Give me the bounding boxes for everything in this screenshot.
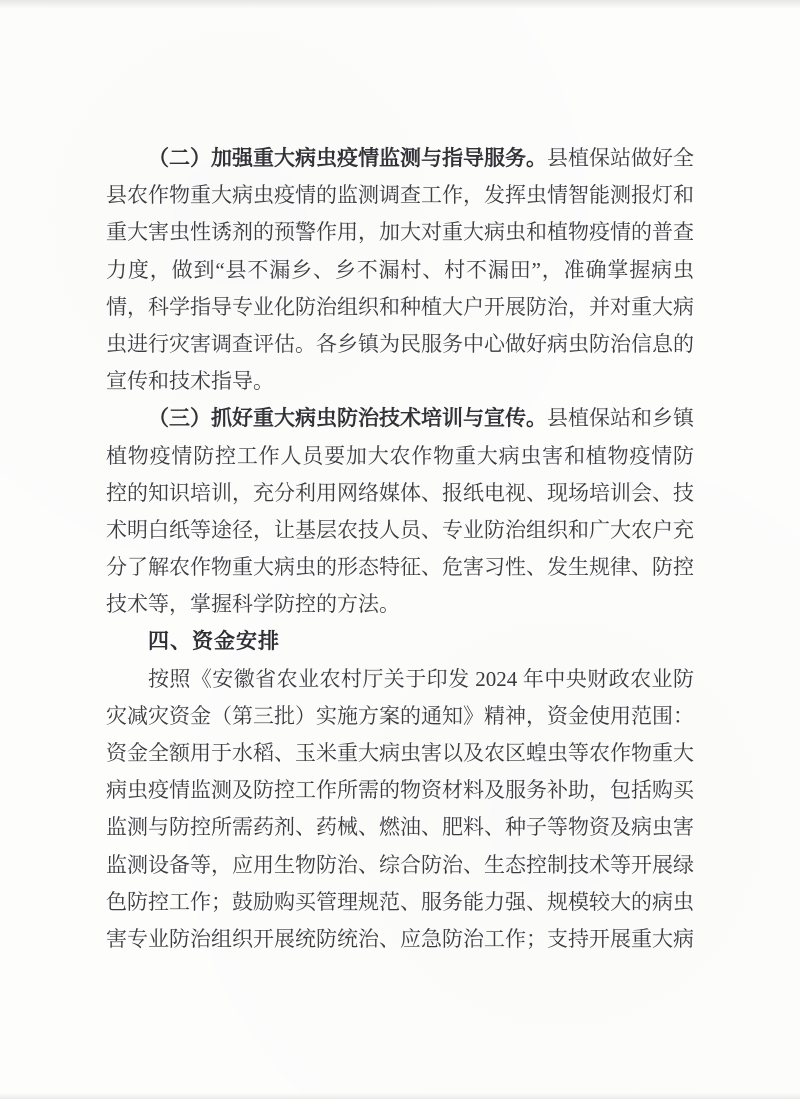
text-line: 资金全额用于水稻、玉米重大病虫害以及农区蝗虫等农作物重大 bbox=[106, 735, 694, 772]
text-line: 情，科学指导专业化防治组织和种植大户开展防治，并对重大病 bbox=[106, 289, 694, 326]
body-text: 力度，做到“县不漏乡、乡不漏村、村不漏田”，准确掌握病虫 bbox=[106, 258, 694, 282]
body-text: 县植保站和乡镇 bbox=[547, 406, 694, 430]
body-text: 监测与防控所需药剂、药械、燃油、肥料、种子等物资及病虫害 bbox=[106, 815, 694, 839]
text-line: 分了解农作物重大病虫的形态特征、危害习性、发生规律、防控 bbox=[106, 549, 694, 586]
body-text: 县植保站做好全 bbox=[547, 146, 694, 170]
body-text: 色防控工作；鼓励购买管理规范、服务能力强、规模较大的病虫 bbox=[106, 890, 694, 914]
text-line: 重大害虫性诱剂的预警作用，加大对重大病虫和植物疫情的普查 bbox=[106, 214, 694, 251]
text-line: 监测与防控所需药剂、药械、燃油、肥料、种子等物资及病虫害 bbox=[106, 809, 694, 846]
text-line: 监测设备等，应用生物防治、综合防治、生态控制技术等开展绿 bbox=[106, 847, 694, 884]
bold-lead-text: 四、资金安排 bbox=[148, 629, 280, 653]
body-text: 宣传和技术指导。 bbox=[106, 369, 274, 393]
body-text: 虫进行灾害调查评估。各乡镇为民服务中心做好病虫防治信息的 bbox=[106, 332, 694, 356]
text-line: 技术等，掌握科学防控的方法。 bbox=[106, 586, 694, 623]
text-line: 植物疫情防控工作人员要加大农作物重大病虫害和植物疫情防 bbox=[106, 438, 694, 475]
bold-lead-text: （二）加强重大病虫疫情监测与指导服务。 bbox=[148, 146, 547, 170]
body-text: 分了解农作物重大病虫的形态特征、危害习性、发生规律、防控 bbox=[106, 555, 694, 579]
body-text: 控的知识培训，充分利用网络媒体、报纸电视、现场培训会、技 bbox=[106, 481, 694, 505]
scan-edge-bottom bbox=[0, 1092, 800, 1099]
text-line: 灾减灾资金（第三批）实施方案的通知》精神，资金使用范围： bbox=[106, 698, 694, 735]
text-line: 术明白纸等途径，让基层农技人员、专业防治组织和广大农户充 bbox=[106, 512, 694, 549]
text-line: 病虫疫情监测及防控工作所需的物资材料及服务补助，包括购买 bbox=[106, 772, 694, 809]
body-text: 监测设备等，应用生物防治、综合防治、生态控制技术等开展绿 bbox=[106, 853, 694, 877]
text-line: 色防控工作；鼓励购买管理规范、服务能力强、规模较大的病虫 bbox=[106, 884, 694, 921]
scan-edge-top bbox=[0, 0, 800, 10]
text-line: 按照《安徽省农业农村厅关于印发 2024 年中央财政农业防 bbox=[106, 661, 694, 698]
body-text: 资金全额用于水稻、玉米重大病虫害以及农区蝗虫等农作物重大 bbox=[106, 741, 694, 765]
text-line: （三）抓好重大病虫防治技术培训与宣传。县植保站和乡镇 bbox=[106, 400, 694, 437]
text-line: 力度，做到“县不漏乡、乡不漏村、村不漏田”，准确掌握病虫 bbox=[106, 252, 694, 289]
body-text: 情，科学指导专业化防治组织和种植大户开展防治，并对重大病 bbox=[106, 295, 694, 319]
body-text: 术明白纸等途径，让基层农技人员、专业防治组织和广大农户充 bbox=[106, 518, 694, 542]
body-text: 植物疫情防控工作人员要加大农作物重大病虫害和植物疫情防 bbox=[106, 444, 694, 468]
document-page: （二）加强重大病虫疫情监测与指导服务。县植保站做好全县农作物重大病虫疫情的监测调… bbox=[0, 0, 800, 1099]
body-text: 害专业防治组织开展统防统治、应急防治工作；支持开展重大病 bbox=[106, 927, 694, 951]
text-line: 害专业防治组织开展统防统治、应急防治工作；支持开展重大病 bbox=[106, 921, 694, 958]
text-line: 宣传和技术指导。 bbox=[106, 363, 694, 400]
body-text: 灾减灾资金（第三批）实施方案的通知》精神，资金使用范围： bbox=[106, 704, 694, 728]
text-block: （二）加强重大病虫疫情监测与指导服务。县植保站做好全县农作物重大病虫疫情的监测调… bbox=[106, 140, 694, 958]
body-text: 按照《安徽省农业农村厅关于印发 2024 年中央财政农业防 bbox=[148, 667, 694, 691]
body-text: 技术等，掌握科学防控的方法。 bbox=[106, 592, 400, 616]
body-text: 重大害虫性诱剂的预警作用，加大对重大病虫和植物疫情的普查 bbox=[106, 220, 694, 244]
body-text: 县农作物重大病虫疫情的监测调查工作，发挥虫情智能测报灯和 bbox=[106, 183, 694, 207]
text-line: 虫进行灾害调查评估。各乡镇为民服务中心做好病虫防治信息的 bbox=[106, 326, 694, 363]
body-text: 病虫疫情监测及防控工作所需的物资材料及服务补助，包括购买 bbox=[106, 778, 694, 802]
bold-lead-text: （三）抓好重大病虫防治技术培训与宣传。 bbox=[148, 406, 547, 430]
text-line: 县农作物重大病虫疫情的监测调查工作，发挥虫情智能测报灯和 bbox=[106, 177, 694, 214]
section-heading: 四、资金安排 bbox=[106, 623, 694, 660]
text-line: 控的知识培训，充分利用网络媒体、报纸电视、现场培训会、技 bbox=[106, 475, 694, 512]
text-line: （二）加强重大病虫疫情监测与指导服务。县植保站做好全 bbox=[106, 140, 694, 177]
